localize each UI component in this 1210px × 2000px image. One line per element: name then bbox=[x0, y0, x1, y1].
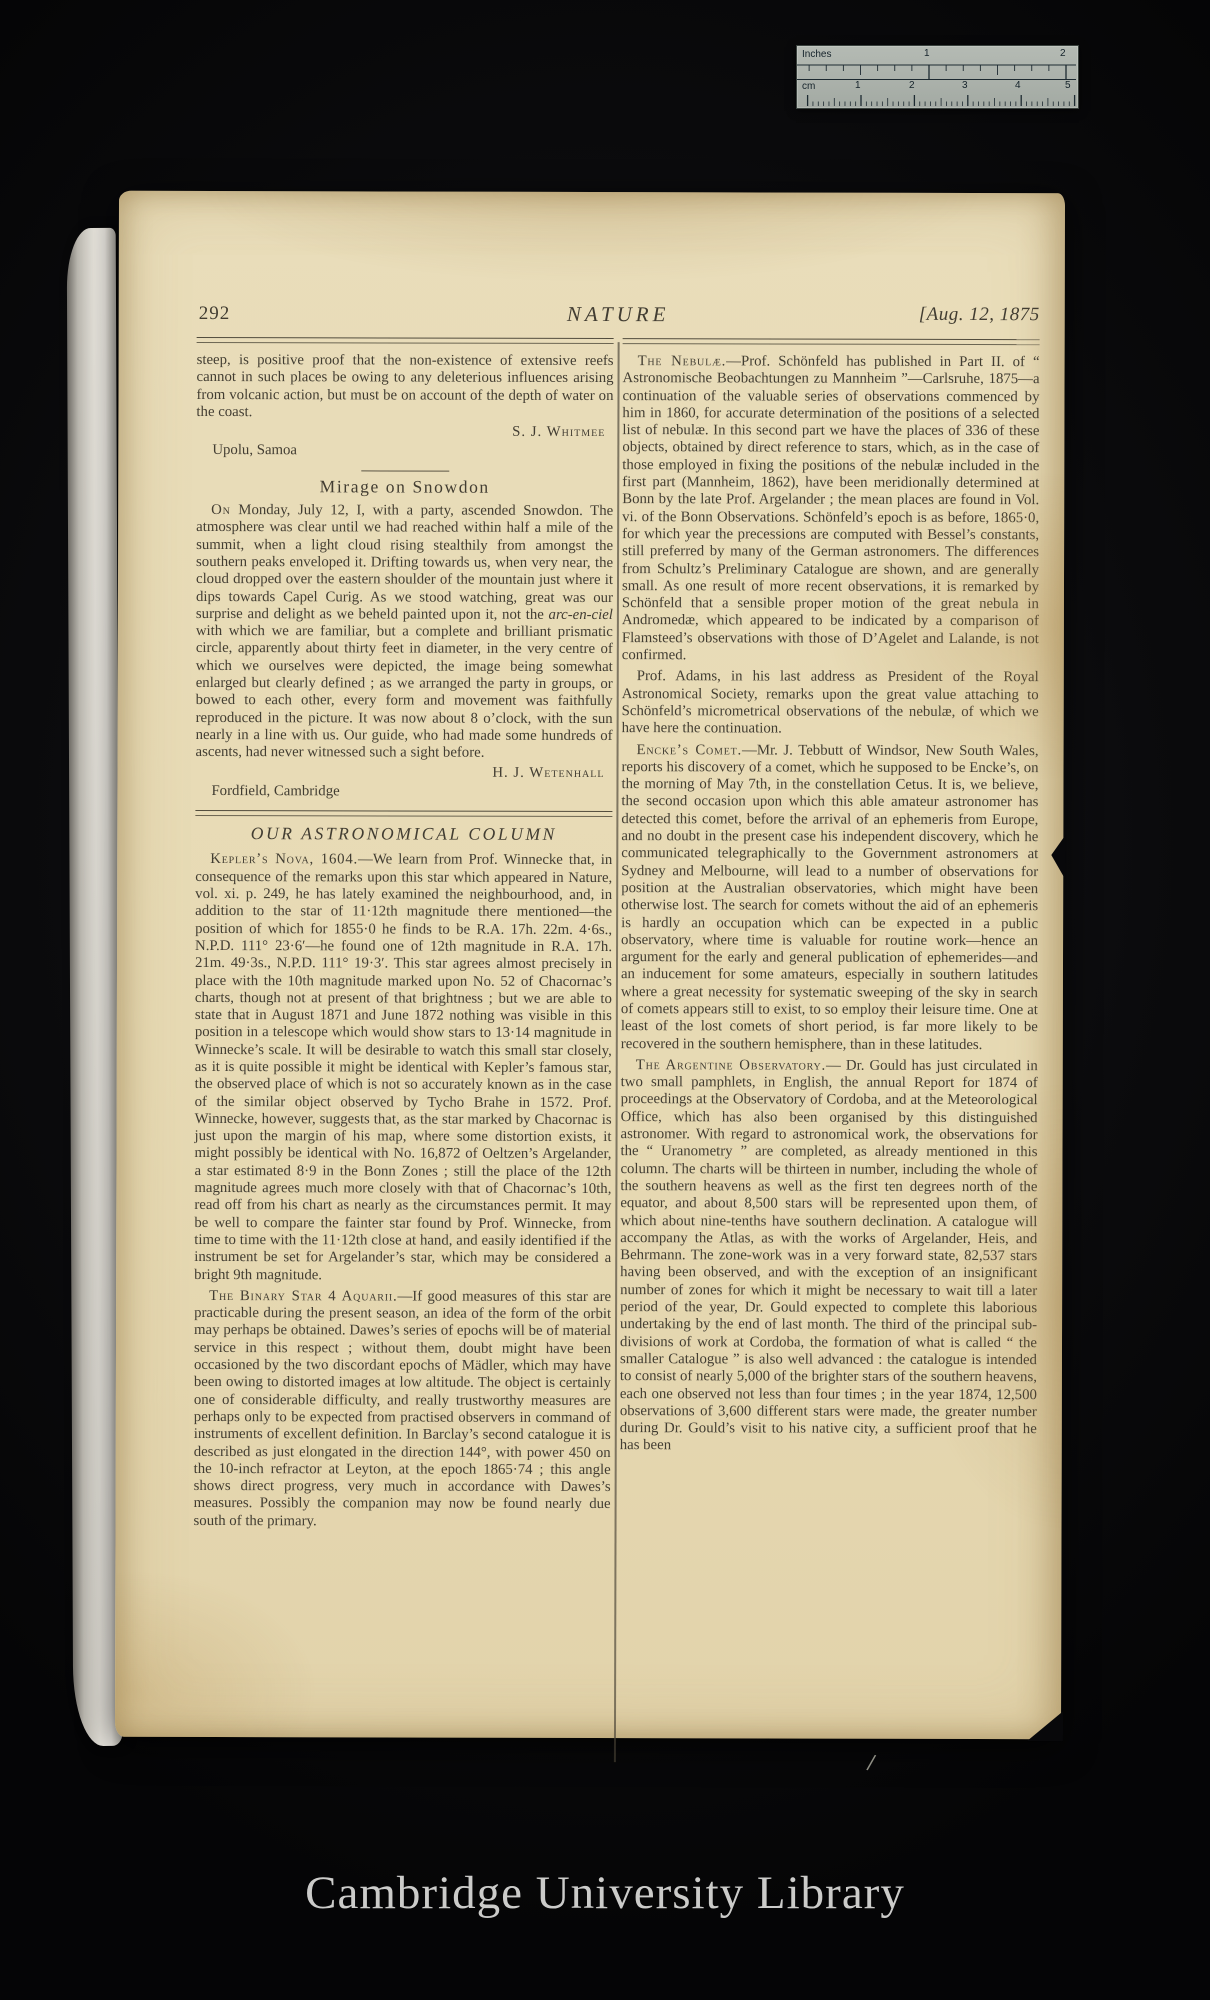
page-header: 292 NATURE [Aug. 12, 1875 bbox=[197, 301, 1040, 329]
section-heading-mirage: Mirage on Snowdon bbox=[196, 478, 613, 496]
ruler-cm-2: 2 bbox=[909, 81, 915, 91]
header-rule-left bbox=[197, 337, 614, 344]
paragraph-lead: On bbox=[211, 502, 231, 518]
ruler-inch-2: 2 bbox=[1060, 49, 1066, 59]
scan-background: Inches 1 2 cm 1 2 3 4 5 99 292 NATURE [A… bbox=[0, 0, 1210, 2000]
article-paragraph-nebulae: The Nebulæ.—Prof. Schönfeld has publishe… bbox=[622, 353, 1040, 665]
journal-page: 292 NATURE [Aug. 12, 1875 steep, is posi… bbox=[115, 191, 1065, 1739]
article-paragraph-adams: Prof. Adams, in his last address as Pres… bbox=[622, 668, 1039, 738]
article-paragraph-argentine: The Argentine Observatory.— Dr. Gould ha… bbox=[620, 1057, 1038, 1456]
paragraph-text: Monday, July 12, I, with a party, ascend… bbox=[196, 502, 613, 623]
ruler-inch-1: 1 bbox=[924, 49, 930, 59]
issue-date: [Aug. 12, 1875 bbox=[919, 304, 1040, 326]
ruler-cm-1: 1 bbox=[855, 81, 861, 91]
torn-corner bbox=[1027, 1711, 1063, 1741]
paragraph-lead: The Argentine Observatory. bbox=[636, 1057, 826, 1073]
ruler-cm-4: 4 bbox=[1015, 81, 1021, 91]
ruler-inches-label: Inches bbox=[802, 50, 831, 60]
stray-pencil-mark: / bbox=[866, 1750, 878, 1775]
paragraph-text: steep, is positive proof that the non-ex… bbox=[196, 352, 613, 420]
paragraph-lead: The Binary Star 4 Aquarii. bbox=[209, 1288, 397, 1304]
paragraph-text: Prof. Adams, in his last address as Pres… bbox=[622, 668, 1039, 736]
column-left: steep, is positive proof that the non-ex… bbox=[194, 352, 614, 1533]
header-rule-right bbox=[623, 338, 1040, 345]
ruler-cm-label: cm bbox=[802, 82, 815, 92]
column-right: The Nebulæ.—Prof. Schönfeld has publishe… bbox=[620, 353, 1040, 1458]
article-paragraph-encke: Encke’s Comet.—Mr. J. Tebbutt of Windsor… bbox=[621, 742, 1039, 1054]
column-divider-rule bbox=[614, 342, 619, 1762]
signature-place: Upolu, Samoa bbox=[196, 442, 613, 460]
ruler-cm-3: 3 bbox=[962, 81, 968, 91]
article-paragraph-reefs: steep, is positive proof that the non-ex… bbox=[196, 352, 613, 422]
library-caption: Cambridge University Library bbox=[0, 1866, 1210, 1920]
paragraph-text: —We learn from Prof. Winnecke that, in c… bbox=[194, 852, 612, 1283]
ruler-cm-5: 5 bbox=[1065, 81, 1071, 91]
ruler-ticks bbox=[797, 46, 1076, 106]
article-paragraph-binary-star: The Binary Star 4 Aquarii.—If good measu… bbox=[194, 1288, 612, 1531]
measurement-ruler: Inches 1 2 cm 1 2 3 4 5 bbox=[796, 45, 1079, 109]
torn-edge-notch bbox=[1051, 835, 1065, 879]
paragraph-text: —Mr. J. Tebbutt of Windsor, New South Wa… bbox=[621, 742, 1039, 1053]
article-paragraph-kepler: Kepler’s Nova, 1604.—We learn from Prof.… bbox=[194, 851, 612, 1285]
paragraph-text: with which we are familiar, but a comple… bbox=[196, 623, 613, 761]
signature-whitmee: S. J. Whitmee bbox=[196, 423, 613, 441]
italic-phrase: arc-en-ciel bbox=[549, 607, 613, 623]
article-paragraph-mirage: On Monday, July 12, I, with a party, asc… bbox=[196, 502, 614, 763]
journal-title: NATURE bbox=[197, 301, 1040, 328]
paragraph-text: —If good measures of this star are pract… bbox=[194, 1288, 612, 1529]
paragraph-text: —Prof. Schönfeld has published in Part I… bbox=[622, 353, 1040, 663]
section-heading-astronomical-column: OUR ASTRONOMICAL COLUMN bbox=[195, 825, 612, 843]
section-divider-rule bbox=[361, 470, 449, 471]
paragraph-lead: Encke’s Comet. bbox=[637, 742, 743, 758]
paragraph-lead: Kepler’s Nova, 1604. bbox=[210, 851, 358, 867]
paragraph-text: — Dr. Gould has just circulated in two s… bbox=[620, 1057, 1038, 1453]
adjacent-page-edge bbox=[67, 228, 123, 1746]
paragraph-lead: The Nebulæ. bbox=[638, 353, 727, 369]
column-heading-rule bbox=[195, 810, 612, 817]
signature-wetenhall: H. J. Wetenhall bbox=[195, 763, 612, 781]
signature-place: Fordfield, Cambridge bbox=[195, 783, 612, 801]
